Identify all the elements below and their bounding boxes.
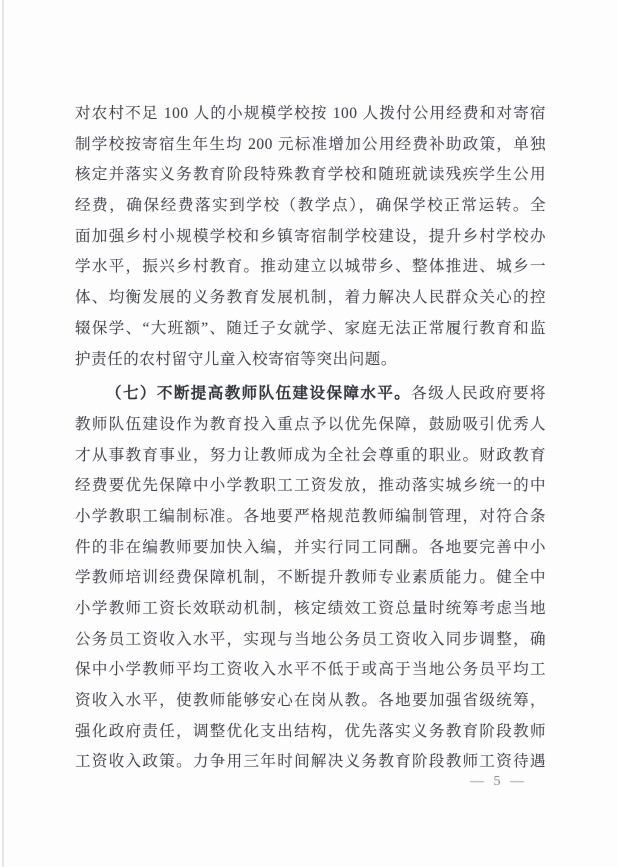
text-line: 小学教职工编制标准。各地要严格规范教师编制管理，对符合条 [75, 502, 546, 533]
text-line: 辍保学、“大班额”、随迁子女就学、家庭无法正常履行教育和监 [75, 314, 546, 345]
text-line: 经费要优先保障中小学教职工工资发放，推动落实城乡统一的中 [75, 471, 546, 502]
page-number: — 5 — [470, 774, 527, 790]
text-line: 制学校按寄宿生年生均 200 元标准增加公用经费补助政策，单独 [75, 130, 546, 161]
text-line: 护责任的农村留守儿童入校寄宿等突出问题。 [75, 345, 546, 376]
section-heading-continuation: 各级人民政府要将 [411, 385, 546, 402]
paragraph-section-7: （七）不断提高教师队伍建设保障水平。各级人民政府要将 教师队伍建设作为教育投入重… [75, 379, 546, 778]
document-text-block: 对农村不足 100 人的小规模学校按 100 人拨付公用经费和对寄宿制学校按寄宿… [75, 99, 546, 778]
text-line: 强化政府责任，调整优化支出结构，优先落实义务教育阶段教师 [75, 717, 546, 748]
text-line: 学水平，振兴乡村教育。推动建立以城带乡、整体推进、城乡一 [75, 252, 546, 283]
text-line: 对农村不足 100 人的小规模学校按 100 人拨付公用经费和对寄宿 [75, 99, 546, 130]
text-line: 件的非在编教师要加快入编，并实行同工同酬。各地要完善中小 [75, 533, 546, 564]
text-line: 教师队伍建设作为教育投入重点予以优先保障，鼓励吸引优秀人 [75, 410, 546, 441]
text-line: 学教师培训经费保障机制，不断提升教师专业素质能力。健全中 [75, 563, 546, 594]
paragraph-continued: 对农村不足 100 人的小规模学校按 100 人拨付公用经费和对寄宿制学校按寄宿… [75, 99, 546, 375]
document-page: 对农村不足 100 人的小规模学校按 100 人拨付公用经费和对寄宿制学校按寄宿… [0, 0, 618, 867]
text-line: 体、均衡发展的义务教育发展机制，着力解决人民群众关心的控 [75, 283, 546, 314]
scan-edge-line [2, 0, 4, 867]
text-line: 面加强乡村小规模学校和乡镇寄宿制学校建设，提升乡村学校办 [75, 222, 546, 253]
paragraph-section-7-body: 教师队伍建设作为教育投入重点予以优先保障，鼓励吸引优秀人才从事教育事业，努力让教… [75, 410, 546, 778]
text-line: 公务员工资收入水平，实现与当地公务员工资收入同步调整，确 [75, 625, 546, 656]
text-line: 核定并落实义务教育阶段特殊教育学校和随班就读残疾学生公用 [75, 160, 546, 191]
section-heading-line: （七）不断提高教师队伍建设保障水平。各级人民政府要将 [75, 379, 546, 410]
text-line: 小学教师工资长效联动机制，核定绩效工资总量时统筹考虑当地 [75, 594, 546, 625]
section-heading: （七）不断提高教师队伍建设保障水平。 [106, 385, 411, 402]
text-line: 资收入水平，使教师能够安心在岗从教。各地要加强省级统筹， [75, 686, 546, 717]
text-line: 保中小学教师平均工资收入水平不低于或高于当地公务员平均工 [75, 655, 546, 686]
text-line: 经费，确保经费落实到学校（教学点），确保学校正常运转。全 [75, 191, 546, 222]
text-line: 才从事教育事业，努力让教师成为全社会尊重的职业。财政教育 [75, 441, 546, 472]
